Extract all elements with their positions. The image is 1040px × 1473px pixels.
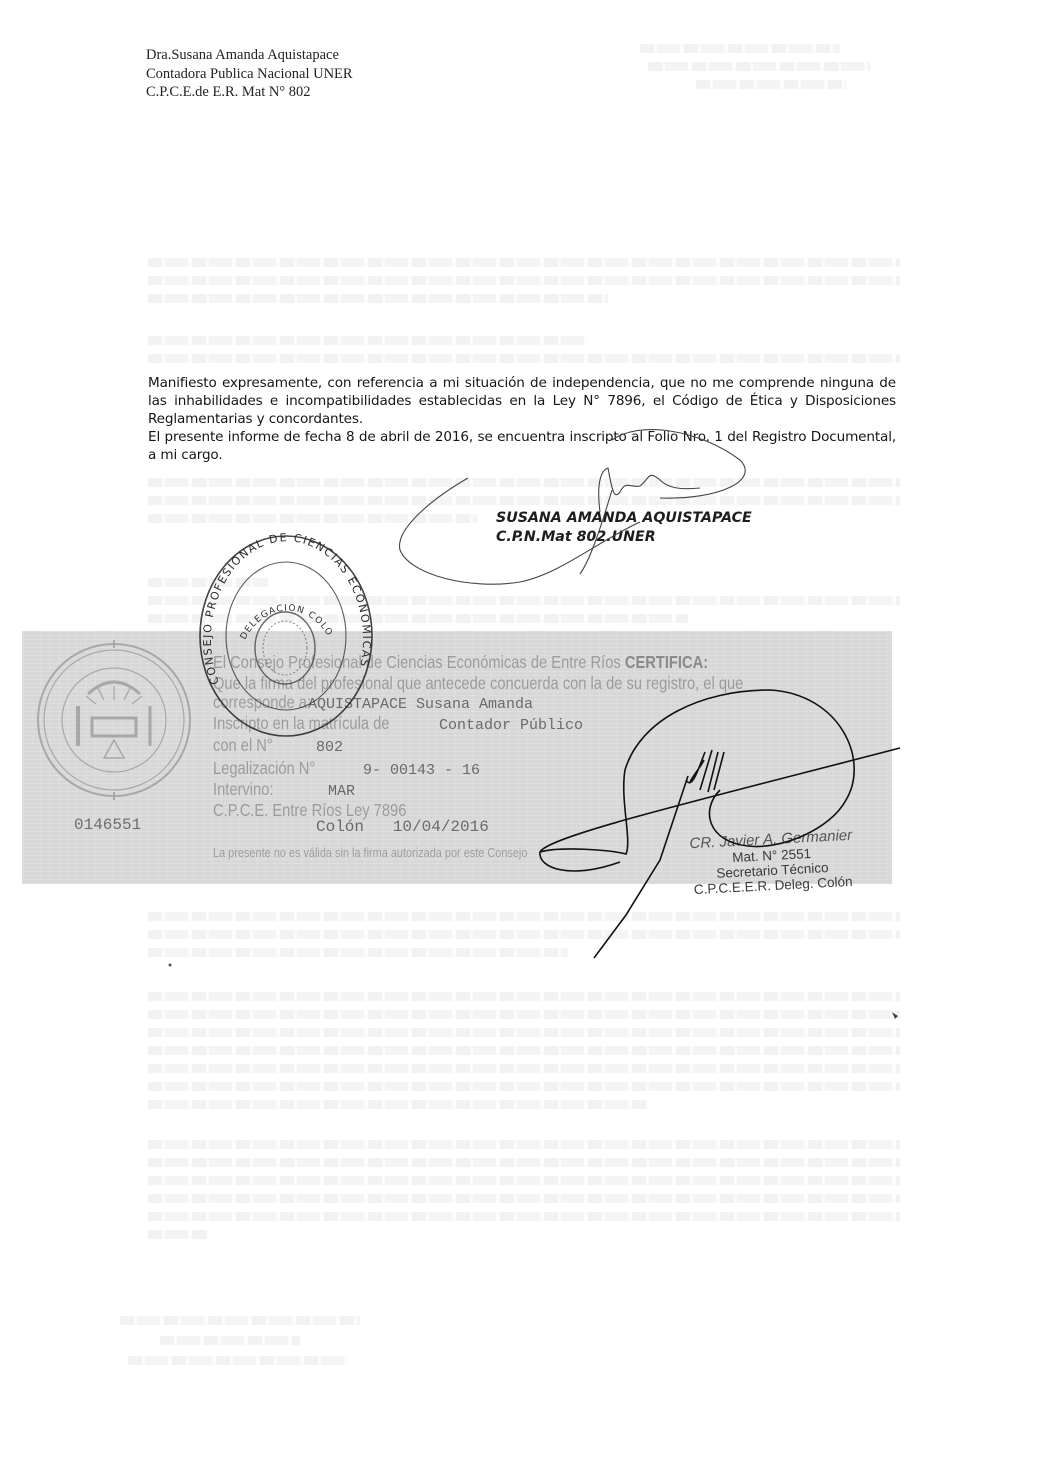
serial-number: 0146551: [74, 816, 141, 834]
legalizacion-value: 9- 00143 - 16: [363, 762, 480, 779]
validity-disclaimer: La presente no es válida sin la firma au…: [213, 845, 527, 860]
certification-heading: El Consejo Profesional de Ciencias Econó…: [213, 652, 708, 673]
header-name: Dra.Susana Amanda Aquistapace: [146, 46, 353, 65]
header-registration: C.P.C.E.de E.R. Mat N° 802: [146, 83, 353, 102]
document-header: Dra.Susana Amanda Aquistapace Contadora …: [146, 46, 353, 102]
statement-paragraph: Manifiesto expresamente, con referencia …: [148, 374, 896, 428]
corresponde-value: AQUISTAPACE Susana Amanda: [308, 696, 533, 713]
intervino-label: Intervino:: [213, 779, 310, 800]
intervino-row: Intervino:MAR: [213, 779, 355, 800]
intervino-value: MAR: [328, 783, 355, 800]
dot-mark-icon: [169, 964, 172, 967]
independence-statement: Manifiesto expresamente, con referencia …: [148, 374, 896, 464]
numero-row: con el N°802: [213, 735, 343, 756]
numero-label: con el N°: [213, 735, 300, 756]
corresponde-label: corresponde a:: [213, 692, 293, 713]
matricula-row: Inscripto en la matrícula deContador Púb…: [213, 713, 583, 734]
place-date: Colón 10/04/2016: [316, 818, 489, 836]
delegation-stamp-icon: CONSEJO PROFESIONAL DE CIENCIAS ECONOMIC…: [0, 0, 373, 736]
certification-line-2: Que la firma del profesional que anteced…: [213, 673, 743, 694]
heading-text: El Consejo Profesional de Ciencias Econó…: [213, 652, 621, 672]
signer-name: SUSANA AMANDA AQUISTAPACE: [496, 509, 752, 528]
numero-value: 802: [316, 739, 343, 756]
secretary-block: CR. Javier A. Germanier Mat. N° 2551 Sec…: [661, 825, 884, 898]
signer-registration: C.P.N.Mat 802.UNER: [496, 528, 752, 547]
signer-block: SUSANA AMANDA AQUISTAPACE C.P.N.Mat 802.…: [496, 509, 752, 547]
legalizacion-label: Legalización N°: [213, 758, 339, 779]
header-title: Contadora Publica Nacional UNER: [146, 65, 353, 84]
certifica-label: CERTIFICA:: [625, 652, 708, 672]
registration-paragraph: El presente informe de fecha 8 de abril …: [148, 428, 896, 464]
legalizacion-row: Legalización N°9- 00143 - 16: [213, 758, 480, 779]
matricula-label: Inscripto en la matrícula de: [213, 713, 403, 734]
corresponde-row: corresponde a:AQUISTAPACE Susana Amanda: [213, 692, 533, 713]
matricula-value: Contador Público: [439, 717, 583, 734]
